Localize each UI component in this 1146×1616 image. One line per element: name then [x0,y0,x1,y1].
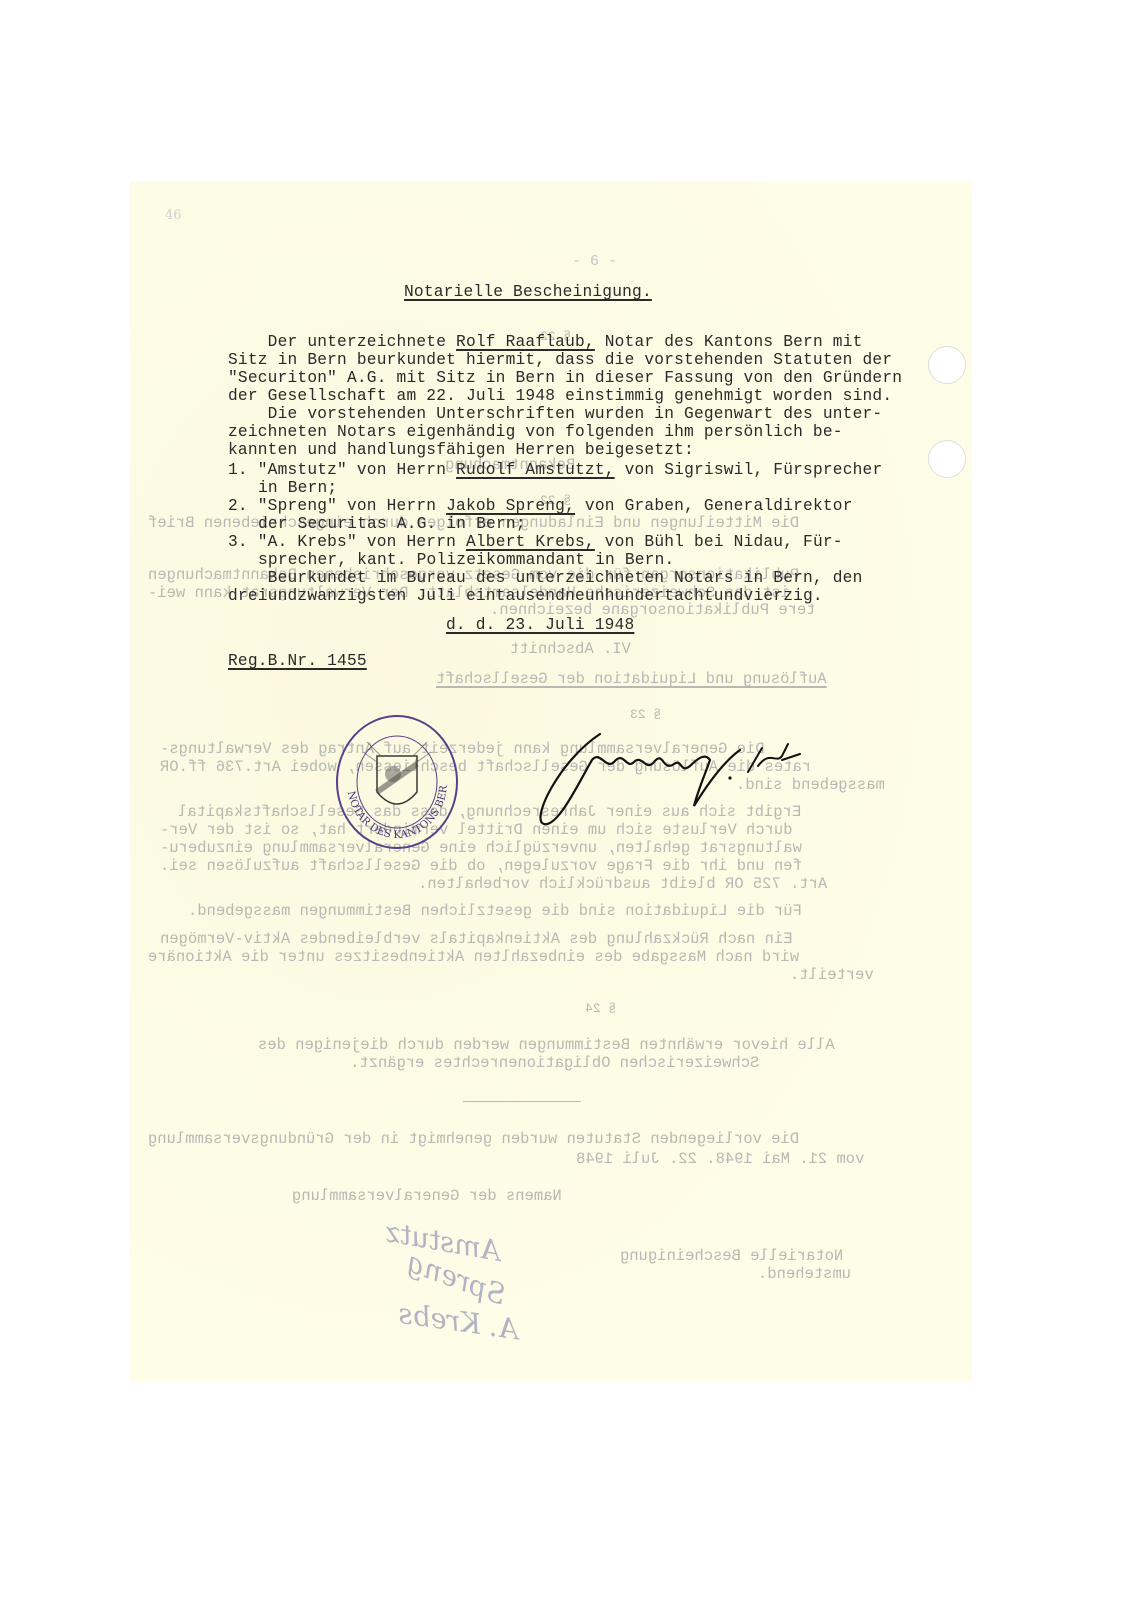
punch-hole [928,440,966,478]
paragraph-line: "Securiton" A.G. mit Sitz in Bern in die… [228,369,902,387]
notary-name: Rolf Raaflaub, [456,333,595,351]
ghost-divider [463,1101,581,1102]
paragraph-line: Der unterzeichnete Rolf Raaflaub, Notar … [228,333,863,351]
paragraph-line: Die vorstehenden Unterschriften wurden i… [228,405,882,423]
ghost-text: Für die Liquidation sind die gesetzliche… [188,902,802,920]
ghost-text: wird nach Massgabe des einbezahlten Akti… [148,948,799,966]
ghost-text: Art. 725 OR bleibt ausdrücklich vorbehal… [418,875,827,893]
registry-number: Reg.B.Nr. 1455 [228,652,367,670]
seal-top-text: ROLF RAAFLAUB [333,712,442,715]
signatory-item: 2. "Spreng" von Herrn Jakob Spreng, von … [228,497,853,515]
paragraph-line: Sitz in Bern beurkundet hiermit, dass di… [228,351,892,369]
page-corner-mark: 46 [165,208,182,223]
ghost-text: waltungsrat gehalten, unverzüglich eine … [160,839,802,857]
ghost-text: VI. Abschnitt [510,640,631,658]
ghost-text: Notarielle Bescheinigung [620,1247,843,1265]
ghost-text: Alle hievor erwähnten Bestimmungen werde… [258,1036,835,1054]
ghost-text: § 24 [585,1000,616,1018]
punch-hole [928,346,966,384]
ghost-text: verteilt. [790,966,874,984]
signatory-name: Jakob Spreng, [446,497,575,515]
ghost-text: fen und ihr die Frage vorzulegen, ob die… [160,857,802,875]
signatory-item: 3. "A. Krebs" von Herrn Albert Krebs, vo… [228,533,843,551]
closing-line: Beurkundet im Bureau des unterzeichneten… [228,569,863,587]
signatory-item-cont: der Securitas A.G. in Bern; [258,515,526,533]
notary-signature: Raaflaub, Not. [530,720,910,830]
notary-seal: ROLF RAAFLAUB NOTAR DES KANTONS BERN [333,712,461,852]
ghost-text: Namens der Generalversammlung [292,1187,562,1205]
paragraph-line: der Gesellschaft am 22. Juli 1948 einsti… [228,387,892,405]
signatory-item-cont: sprecher, kant. Polizeikommandant in Ber… [258,551,674,569]
paragraph-line: kannten und handlungsfähigen Herren beig… [228,441,694,459]
paragraph-line: zeichneten Notars eigenhändig von folgen… [228,423,843,441]
ghost-text: Die vorliegenden Statuten wurden genehmi… [148,1130,799,1148]
certificate-title: Notarielle Bescheinigung. [404,283,652,301]
ghost-text: Schweizerischen Obligationenrechtes ergä… [350,1054,759,1072]
signatory-name: Albert Krebs, [466,533,595,551]
signatory-item-cont: in Bern; [258,479,337,497]
ghost-text: Auflösung und Liquidation der Gesellscha… [436,670,827,688]
signatory-name: Rudolf Amstutzt, [456,461,615,479]
ghost-text: Ein nach Rückzahlung des Aktienkapitals … [160,930,793,948]
closing-line: dreiundzwanzigsten Juli eintausendneunhu… [228,587,823,605]
page-number: - 6 - [572,253,617,270]
certificate-date: d. d. 23. Juli 1948 [446,616,634,634]
ghost-text: vom 21. Mai 1948. 22. Juli 1948 [576,1150,864,1168]
signatory-item: 1. "Amstutz" von Herrn Rudolf Amstutzt, … [228,461,882,479]
ghost-text: umstehend. [758,1265,851,1283]
